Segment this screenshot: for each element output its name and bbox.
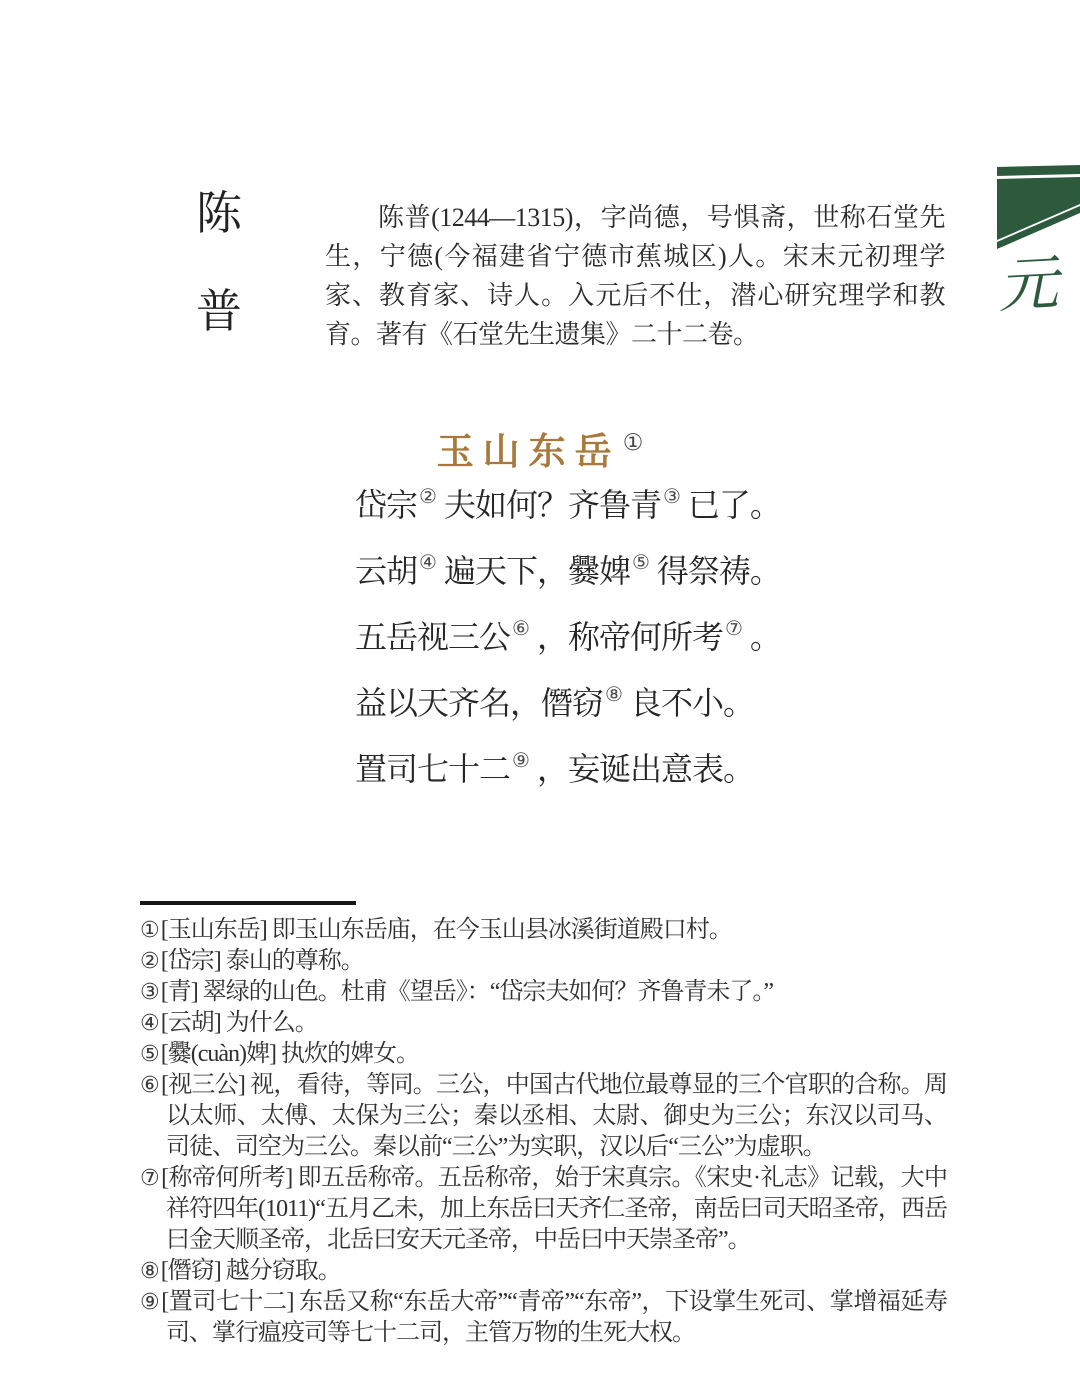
poem-text-segment: 置司七十二 [355,751,510,787]
poem-text-segment: 良不小。 [630,685,754,721]
poem-line: 置司七十二⑨，妄诞出意表。 [355,736,955,802]
poem-title-text: 玉山东岳 [437,432,621,473]
footnote-item: ⑧[僭窃] 越分窃取。 [140,1256,947,1287]
poem-text-segment: 得祭祷。 [657,553,781,589]
poet-name: 陈 普 [196,190,242,336]
poem-text-segment: ，称帝何所考 [537,619,723,655]
footnote-text: [爨(cuàn)婢] 执炊的婢女。 [161,1041,419,1067]
footnote-marker: ① [140,918,160,943]
footnote-marker: ③ [140,980,160,1005]
annotation-ref: ⑦ [725,616,743,640]
annotation-ref: ④ [419,550,437,574]
poem-title: 玉山东岳① [0,420,1080,476]
poem-line: 益以天齐名，僭窃⑧良不小。 [355,670,955,736]
footnote-item: ⑨[置司七十二] 东岳又称“东岳大帝”“青帝”“东帝”，下设掌生死司、掌增福延寿… [140,1287,947,1349]
poem-text-segment: ，妄诞出意表。 [537,751,754,787]
poem-text-segment: 五岳视三公 [355,619,510,655]
footnote-item: ④[云胡] 为什么。 [140,1008,947,1039]
poem-text-segment: 云胡 [355,553,417,589]
footnotes: ①[玉山东岳] 即玉山东岳庙，在今玉山县冰溪街道殿口村。②[岱宗] 泰山的尊称。… [140,915,947,1349]
poem-body: 岱宗②夫如何？齐鲁青③已了。云胡④遍天下，爨婢⑤得祭祷。五岳视三公⑥，称帝何所考… [355,472,955,802]
poem-text-segment: 。 [750,619,781,655]
dynasty-label: 元 [996,253,1059,316]
footnote-text: [视三公] 视，看待，等同。三公，中国古代地位最尊显的三个官职的合称。周以太师、… [161,1072,947,1160]
poem-line: 五岳视三公⑥，称帝何所考⑦。 [355,604,955,670]
annotation-ref: ⑥ [512,616,530,640]
footnote-item: ①[玉山东岳] 即玉山东岳庙，在今玉山县冰溪街道殿口村。 [140,915,947,946]
poem-line: 岱宗②夫如何？齐鲁青③已了。 [355,472,955,538]
footnote-marker: ② [140,949,160,974]
footnote-text: [称帝何所考] 即五岳称帝。五岳称帝，始于宋真宗。《宋史·礼志》记载，大中祥符四… [161,1165,947,1253]
footnote-divider [140,901,356,905]
annotation-ref: ⑤ [632,550,650,574]
corner-ornament: 元 [997,155,1080,355]
footnote-marker: ⑥ [140,1073,160,1098]
footnote-marker: ⑨ [140,1290,160,1315]
footnote-item: ②[岱宗] 泰山的尊称。 [140,946,947,977]
footnote-marker: ⑤ [140,1042,160,1067]
footnote-item: ⑤[爨(cuàn)婢] 执炊的婢女。 [140,1039,947,1070]
poem-line: 云胡④遍天下，爨婢⑤得祭祷。 [355,538,955,604]
poem-text-segment: 岱宗 [355,487,417,523]
annotation-ref: ③ [663,484,681,508]
footnote-item: ⑦[称帝何所考] 即五岳称帝。五岳称帝，始于宋真宗。《宋史·礼志》记载，大中祥符… [140,1163,947,1256]
footnote-text: [青] 翠绿的山色。杜甫《望岳》：“岱宗夫如何？齐鲁青未了。” [161,979,773,1005]
poem-text-segment: 已了。 [688,487,781,523]
footnote-item: ⑥[视三公] 视，看待，等同。三公，中国古代地位最尊显的三个官职的合称。周以太师… [140,1070,947,1163]
poem-text-segment: 夫如何？齐鲁青 [444,487,661,523]
annotation-ref: ② [419,484,437,508]
poet-name-char-1: 陈 [196,190,242,238]
poet-bio: 陈普(1244—1315)，字尚德，号惧斋，世称石堂先生，宁德(今福建省宁德市蕉… [325,198,945,354]
annotation-ref: ⑧ [605,682,623,706]
poem-text-segment: 遍天下，爨婢 [444,553,630,589]
poet-name-char-2: 普 [196,288,242,336]
footnote-marker: ⑦ [140,1166,160,1191]
footnote-text: [岱宗] 泰山的尊称。 [161,948,364,974]
footnote-text: [云胡] 为什么。 [161,1010,318,1036]
book-page: 陈 普 陈普(1244—1315)，字尚德，号惧斋，世称石堂先生，宁德(今福建省… [0,0,1080,1376]
annotation-ref: ⑨ [512,748,530,772]
poem-title-note-ref: ① [623,430,644,456]
poem-text-segment: 益以天齐名，僭窃 [355,685,603,721]
footnote-marker: ④ [140,1011,160,1036]
corner-ribbon-graphic [997,155,1080,255]
footnote-text: [玉山东岳] 即玉山东岳庙，在今玉山县冰溪街道殿口村。 [161,917,732,943]
footnote-text: [置司七十二] 东岳又称“东岳大帝”“青帝”“东帝”，下设掌生死司、掌增福延寿司… [161,1289,947,1346]
footnote-item: ③[青] 翠绿的山色。杜甫《望岳》：“岱宗夫如何？齐鲁青未了。” [140,977,947,1008]
footnote-text: [僭窃] 越分窃取。 [161,1258,341,1284]
footnote-marker: ⑧ [140,1259,160,1284]
